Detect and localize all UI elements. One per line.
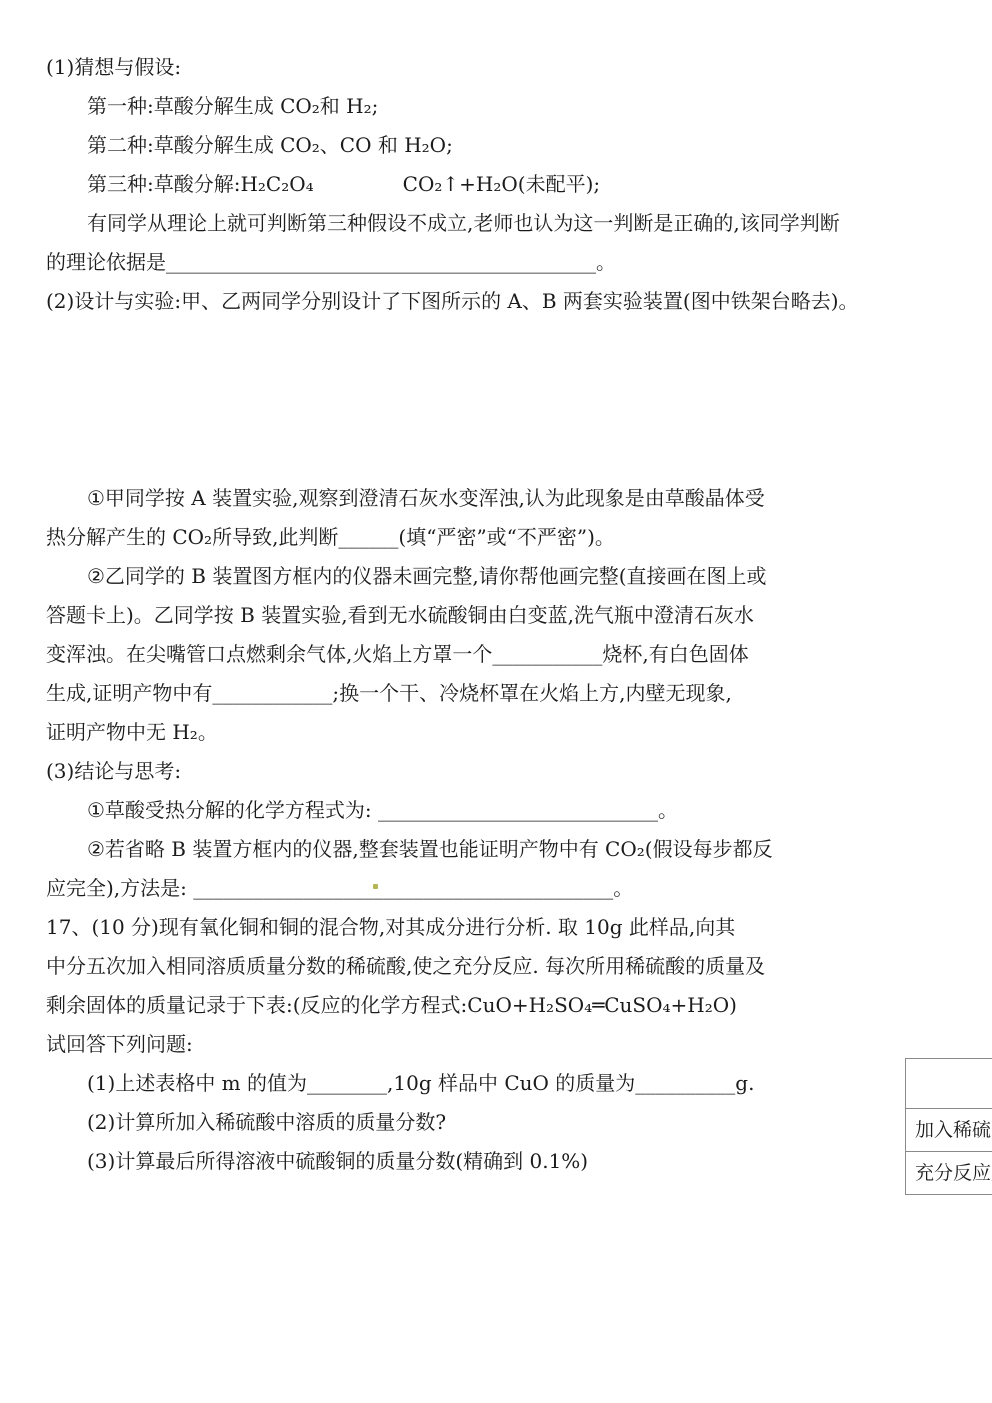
table-header-row — [906, 1059, 992, 1108]
text-line: 第二种:草酸分解生成 CO₂、CO 和 H₂O; — [0, 126, 992, 165]
document-page: (1)猜想与假设:第一种:草酸分解生成 CO₂和 H₂;第二种:草酸分解生成 C… — [0, 0, 992, 1403]
text-line: ②乙同学的 B 装置图方框内的仪器未画完整,请你帮他画完整(直接画在图上或 — [0, 557, 992, 596]
text-line: 17、(10 分)现有氧化铜和铜的混合物,对其成分进行分析. 取 10g 此样品… — [0, 908, 992, 947]
data-table-fragment: 加入稀硫酸 充分反应后 — [905, 1058, 992, 1195]
text-line: (3)结论与思考: — [0, 752, 992, 791]
text-line: 答题卡上)。乙同学按 B 装置实验,看到无水硫酸铜由白变蓝,洗气瓶中澄清石灰水 — [0, 596, 992, 635]
text-line: 中分五次加入相同溶质质量分数的稀硫酸,使之充分反应. 每次所用稀硫酸的质量及 — [0, 947, 992, 986]
text-line: 生成,证明产物中有____________;换一个干、冷烧杯罩在火焰上方,内壁无… — [0, 674, 992, 713]
text-line: ①草酸受热分解的化学方程式为: ________________________… — [0, 791, 992, 830]
stray-ink-dot — [373, 884, 378, 889]
text-line: ②若省略 B 装置方框内的仪器,整套装置也能证明产物中有 CO₂(假设每步都反 — [0, 830, 992, 869]
text-line: 有同学从理论上就可判断第三种假设不成立,老师也认为这一判断是正确的,该同学判断 — [0, 204, 992, 243]
table-row-after-reaction: 充分反应后 — [906, 1151, 992, 1194]
text-line: 试回答下列问题: — [0, 1025, 992, 1064]
text-line: 剩余固体的质量记录于下表:(反应的化学方程式:CuO+H₂SO₄═CuSO₄+H… — [0, 986, 992, 1025]
document-body: (1)猜想与假设:第一种:草酸分解生成 CO₂和 H₂;第二种:草酸分解生成 C… — [0, 48, 992, 1181]
text-line: 证明产物中无 H₂。 — [0, 713, 992, 752]
text-line: 变浑浊。在尖嘴管口点燃剩余气体,火焰上方罩一个___________烧杯,有白色… — [0, 635, 992, 674]
figure-placeholder-gap — [0, 321, 992, 479]
text-line: 的理论依据是__________________________________… — [0, 243, 992, 282]
text-line: (2)计算所加入稀硫酸中溶质的质量分数? — [0, 1103, 992, 1142]
text-line: (1)猜想与假设: — [0, 48, 992, 87]
text-line: 第三种:草酸分解:H₂C₂O₄ CO₂↑+H₂O(未配平); — [0, 165, 992, 204]
text-line: (3)计算最后所得溶液中硫酸铜的质量分数(精确到 0.1%) — [0, 1142, 992, 1181]
text-line: 热分解产生的 CO₂所导致,此判断______(填“严密”或“不严密”)。 — [0, 518, 992, 557]
text-line: 应完全),方法是: ______________________________… — [0, 869, 992, 908]
table-row-acid-added: 加入稀硫酸 — [906, 1108, 992, 1151]
text-line: (1)上述表格中 m 的值为________,10g 样品中 CuO 的质量为_… — [0, 1064, 992, 1103]
text-line: ①甲同学按 A 装置实验,观察到澄清石灰水变浑浊,认为此现象是由草酸晶体受 — [0, 479, 992, 518]
text-line: 第一种:草酸分解生成 CO₂和 H₂; — [0, 87, 992, 126]
text-line: (2)设计与实验:甲、乙两同学分别设计了下图所示的 A、B 两套实验装置(图中铁… — [0, 282, 992, 321]
